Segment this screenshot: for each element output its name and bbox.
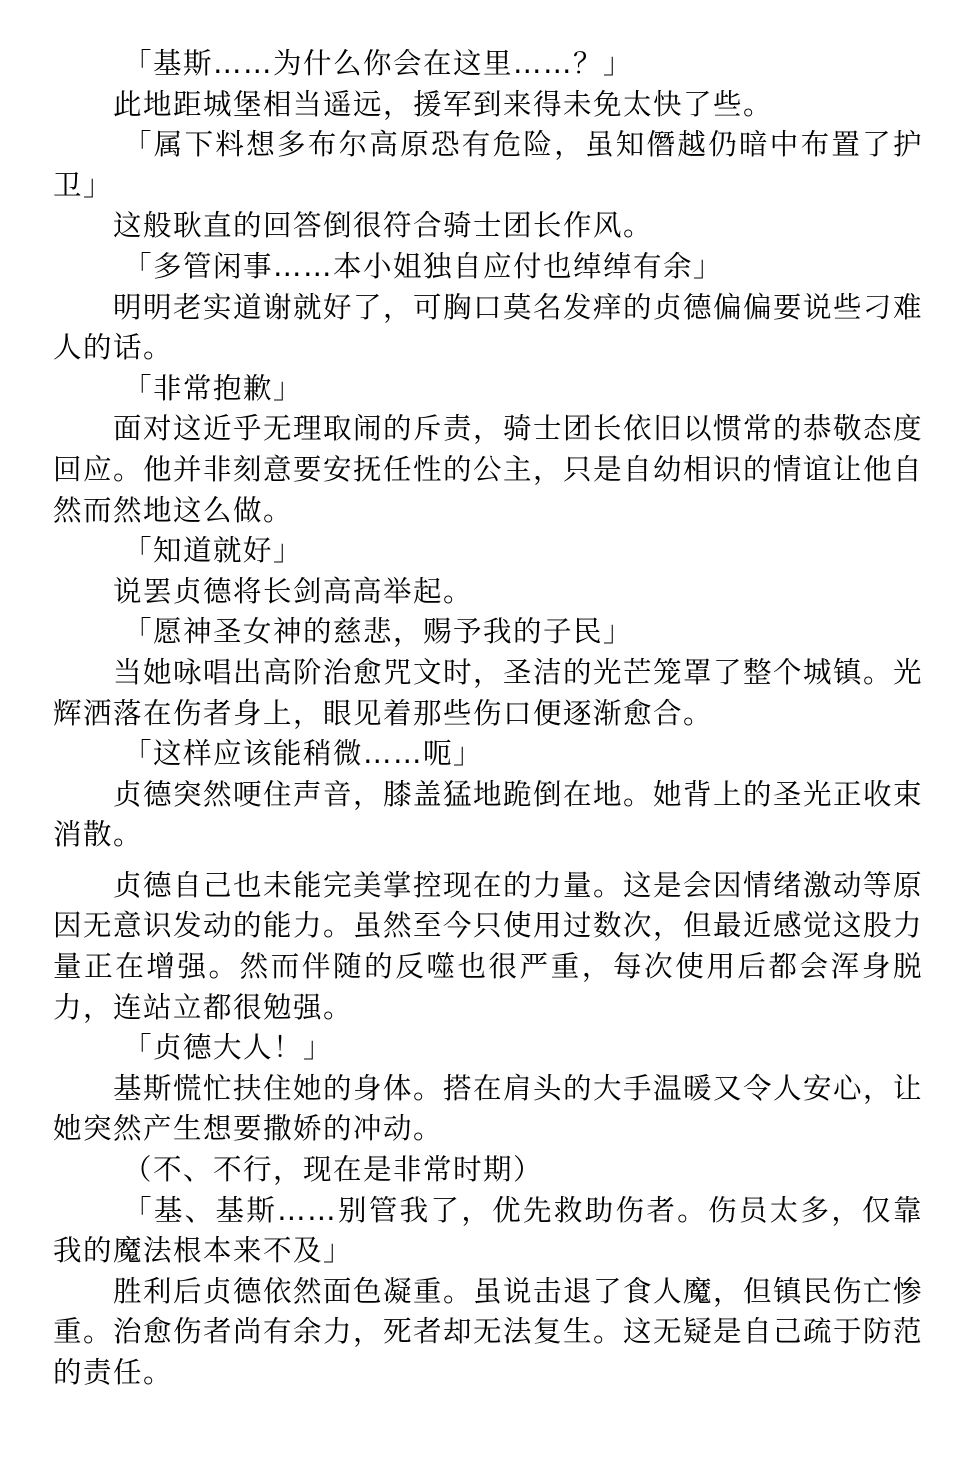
dialogue-line: 「贞德大人！」 [53, 1028, 923, 1069]
narration-paragraph: 基斯慌忙扶住她的身体。搭在肩头的大手温暖又令人安心，让她突然产生想要撒娇的冲动。 [53, 1069, 923, 1150]
dialogue-line: 「知道就好」 [53, 531, 923, 572]
document-page: 「基斯……为什么你会在这里……？」 此地距城堡相当遥远，援军到来得未免太快了些。… [53, 44, 923, 1394]
dialogue-line: 「这样应该能稍微……呃」 [53, 734, 923, 775]
dialogue-line: 「基斯……为什么你会在这里……？」 [53, 44, 923, 85]
dialogue-line: 「多管闲事……本小姐独自应付也绰绰有余」 [53, 247, 923, 288]
inner-thought-line: （不、不行，现在是非常时期） [53, 1150, 923, 1191]
narration-paragraph: 说罢贞德将长剑高高举起。 [53, 572, 923, 613]
narration-paragraph: 这般耿直的回答倒很符合骑士团长作风。 [53, 206, 923, 247]
narration-paragraph: 贞德自己也未能完美掌控现在的力量。这是会因情绪激动等原因无意识发动的能力。虽然至… [53, 866, 923, 1028]
narration-paragraph: 当她咏唱出高阶治愈咒文时，圣洁的光芒笼罩了整个城镇。光辉洒落在伤者身上，眼见着那… [53, 653, 923, 734]
narration-paragraph: 贞德突然哽住声音，膝盖猛地跪倒在地。她背上的圣光正收束消散。 [53, 775, 923, 856]
dialogue-line: 「属下料想多布尔高原恐有危险，虽知僭越仍暗中布置了护卫」 [53, 125, 923, 206]
narration-paragraph: 面对这近乎无理取闹的斥责，骑士团长依旧以惯常的恭敬态度回应。他并非刻意要安抚任性… [53, 409, 923, 531]
narration-paragraph: 明明老实道谢就好了，可胸口莫名发痒的贞德偏偏要说些刁难人的话。 [53, 288, 923, 369]
narration-paragraph: 此地距城堡相当遥远，援军到来得未免太快了些。 [53, 85, 923, 126]
dialogue-line: 「愿神圣女神的慈悲，赐予我的子民」 [53, 612, 923, 653]
dialogue-line: 「非常抱歉」 [53, 369, 923, 410]
narration-paragraph: 胜利后贞德依然面色凝重。虽说击退了食人魔，但镇民伤亡惨重。治愈伤者尚有余力，死者… [53, 1272, 923, 1394]
dialogue-line: 「基、基斯……别管我了，优先救助伤者。伤员太多，仅靠我的魔法根本来不及」 [53, 1191, 923, 1272]
